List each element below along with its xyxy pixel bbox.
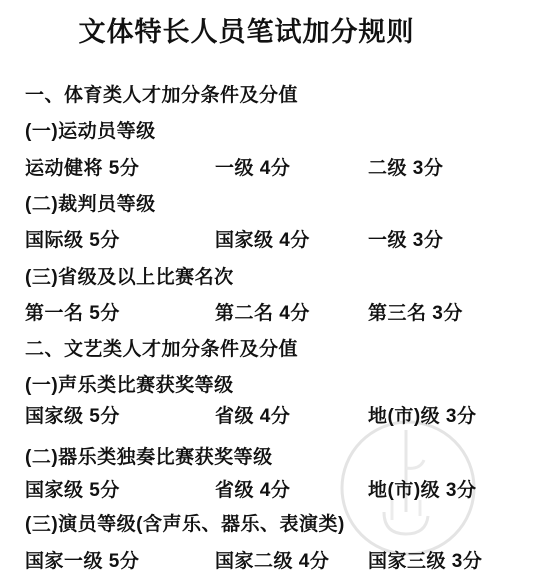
score-cell: 一级 3分 bbox=[368, 229, 529, 252]
score-cell: 地(市)级 3分 bbox=[368, 405, 529, 428]
score-cell: 国家一级 5分 bbox=[25, 550, 215, 573]
section-2-heading: 二、文艺类人才加分条件及分值 bbox=[25, 338, 529, 361]
score-cell: 国家级 4分 bbox=[215, 229, 368, 252]
section-1-subheading-2: (二)裁判员等级 bbox=[25, 193, 529, 216]
section-2-subheading-3: (三)演员等级(含声乐、器乐、表演类) bbox=[25, 513, 529, 536]
score-cell: 国际级 5分 bbox=[25, 229, 215, 252]
section-2-subheading-2: (二)器乐类独奏比赛获奖等级 bbox=[25, 446, 529, 469]
score-row-competition-rank: 第一名 5分 第二名 4分 第三名 3分 bbox=[25, 302, 529, 325]
section-1-heading: 一、体育类人才加分条件及分值 bbox=[25, 84, 529, 107]
score-cell: 国家级 5分 bbox=[25, 405, 215, 428]
score-cell: 第二名 4分 bbox=[215, 302, 368, 325]
score-cell: 国家级 5分 bbox=[25, 479, 215, 502]
score-cell: 国家三级 3分 bbox=[368, 550, 529, 573]
section-1-subheading-3: (三)省级及以上比赛名次 bbox=[25, 266, 529, 289]
score-cell: 第一名 5分 bbox=[25, 302, 215, 325]
score-row-referee-grade: 国际级 5分 国家级 4分 一级 3分 bbox=[25, 229, 529, 252]
section-1-subheading-1: (一)运动员等级 bbox=[25, 120, 529, 143]
score-row-vocal-award: 国家级 5分 省级 4分 地(市)级 3分 bbox=[25, 405, 529, 428]
score-cell: 一级 4分 bbox=[215, 157, 368, 180]
document-page: 文体特长人员笔试加分规则 一、体育类人才加分条件及分值 (一)运动员等级 运动健… bbox=[0, 0, 533, 584]
score-cell: 二级 3分 bbox=[368, 157, 529, 180]
score-cell: 国家二级 4分 bbox=[215, 550, 368, 573]
score-cell: 第三名 3分 bbox=[368, 302, 529, 325]
score-row-performer-grade: 国家一级 5分 国家二级 4分 国家三级 3分 bbox=[25, 550, 529, 573]
page-title: 文体特长人员笔试加分规则 bbox=[0, 10, 513, 49]
score-row-instrumental-award: 国家级 5分 省级 4分 地(市)级 3分 bbox=[25, 479, 529, 502]
score-cell: 运动健将 5分 bbox=[25, 157, 215, 180]
score-cell: 省级 4分 bbox=[215, 479, 368, 502]
section-2-subheading-1: (一)声乐类比赛获奖等级 bbox=[25, 374, 529, 397]
text-layer: 文体特长人员笔试加分规则 一、体育类人才加分条件及分值 (一)运动员等级 运动健… bbox=[0, 0, 533, 584]
score-row-athlete-grade: 运动健将 5分 一级 4分 二级 3分 bbox=[25, 157, 529, 180]
score-cell: 地(市)级 3分 bbox=[368, 479, 529, 502]
score-cell: 省级 4分 bbox=[215, 405, 368, 428]
